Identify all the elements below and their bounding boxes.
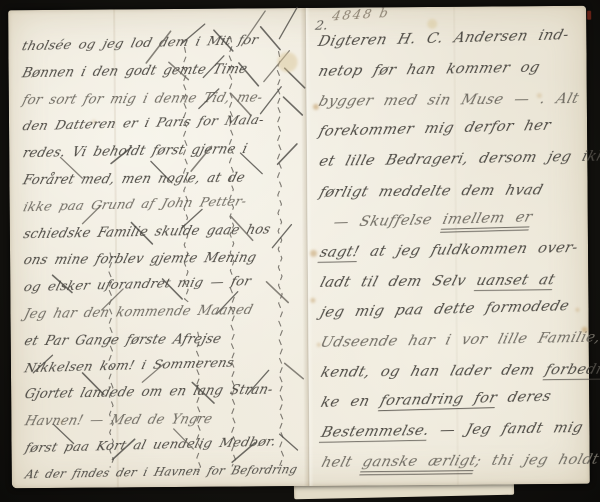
handwritten-text: forekommer mig derfor her xyxy=(317,118,553,140)
foxing-spot xyxy=(310,249,317,256)
slash-stroke xyxy=(146,31,171,63)
page-number: 2. xyxy=(314,19,329,34)
handwritten-text: ; thi jeg holdt xyxy=(474,452,600,469)
slash-stroke xyxy=(142,364,164,382)
foxing-spot xyxy=(582,327,588,333)
handwritten-line: Udseende har i vor lille Familie, xyxy=(319,330,600,350)
slash-stroke xyxy=(111,147,132,163)
slash-stroke xyxy=(83,373,104,395)
vertical-strike-line xyxy=(196,332,201,472)
handwritten-text: førligt meddelte dem hvad xyxy=(317,182,544,201)
handwritten-text: at jeg fuldkommen over- xyxy=(357,240,580,260)
handwritten-text: Udseende har i vor lille Familie, xyxy=(319,329,600,350)
handwritten-text: ke en xyxy=(319,393,382,411)
underlined-text: sagt! xyxy=(317,244,361,263)
handwritten-line: et lille Bedrageri, dersom jeg ikke xyxy=(317,150,600,170)
slash-stroke xyxy=(232,443,255,462)
archive-mark: 4848 b xyxy=(331,6,391,25)
handwritten-line: Digteren H. C. Andersen ind- xyxy=(316,28,570,49)
slash-stroke xyxy=(131,222,152,244)
slash-stroke xyxy=(53,424,73,444)
slash-stroke xyxy=(239,63,258,86)
handwritten-line: helt ganske ærligt; thi jeg holdt xyxy=(320,453,600,471)
handwritten-text: — Skuffelse xyxy=(332,211,445,230)
underlined-text: ganske ærligt xyxy=(359,453,478,475)
handwritten-text: ladt til dem Selv xyxy=(318,273,479,291)
slash-stroke xyxy=(277,144,297,164)
handwritten-line: forekommer mig derfor her xyxy=(317,119,552,140)
underlined-text: uanset at xyxy=(474,272,557,291)
slash-stroke xyxy=(214,30,233,51)
slash-stroke xyxy=(112,439,134,459)
slash-stroke xyxy=(231,93,251,115)
slash-stroke xyxy=(231,216,253,240)
slash-stroke xyxy=(181,209,202,228)
handwritten-line: sagt! at jeg fuldkommen over- xyxy=(318,241,579,260)
foxing-spot xyxy=(310,297,315,302)
slash-stroke xyxy=(163,279,183,299)
foxing-spot xyxy=(313,104,319,110)
slash-stroke xyxy=(102,289,124,310)
handwritten-text: deres xyxy=(495,389,553,406)
handwritten-line: førligt meddelte dem hvad xyxy=(318,183,545,200)
slash-stroke xyxy=(261,27,280,50)
slash-stroke xyxy=(240,153,262,174)
slash-stroke xyxy=(53,275,72,293)
vertical-strike-line xyxy=(277,51,284,466)
handwritten-text: jeg mig paa dette formodede xyxy=(318,298,571,321)
underlined-text: forandring for xyxy=(378,390,499,411)
slash-stroke xyxy=(191,146,212,171)
handwritten-text: helt xyxy=(320,455,365,472)
handwritten-line: — Skuffelse imellem er xyxy=(332,210,534,230)
foxing-spot xyxy=(317,343,321,347)
slash-stroke xyxy=(199,89,219,109)
handwritten-line: ke en forandring for deres xyxy=(319,390,552,411)
slash-stroke xyxy=(285,363,304,379)
foxing-spot xyxy=(92,120,96,124)
slash-stroke xyxy=(151,161,172,183)
foxing-spot xyxy=(575,308,579,312)
page-right: 2. 4848 b Digteren H. C. Andersen ind-ne… xyxy=(308,6,590,486)
red-edge-mark xyxy=(587,11,591,20)
vertical-strike-line xyxy=(229,37,236,467)
slash-stroke xyxy=(272,225,291,248)
slash-stroke xyxy=(279,7,297,38)
underlined-text: imellem er xyxy=(440,209,535,232)
slash-stroke xyxy=(182,24,205,43)
handwritten-text: netop før han kommer og xyxy=(317,60,542,80)
handwritten-line: Bestemmelse. — Jeg fandt mig xyxy=(320,421,585,441)
page-left: tholsée og jeg lod dem i Mit forBønnen i… xyxy=(8,8,310,488)
foxing-spot xyxy=(427,19,437,29)
handwritten-text: kendt, og han lader dem xyxy=(319,362,548,381)
underlined-text: forbedre- xyxy=(543,362,600,381)
underlined-text: Bestemmelse. xyxy=(319,423,431,443)
slash-stroke xyxy=(260,87,281,114)
handwritten-line: kendt, og han lader dem forbedre- xyxy=(319,363,600,381)
cross-out-marks xyxy=(8,8,310,488)
foxing-spot xyxy=(59,420,63,424)
slash-stroke xyxy=(283,97,302,115)
handwritten-text: et lille Bedrageri, dersom jeg ikke xyxy=(317,149,600,171)
photo-backdrop: tholsée og jeg lod dem i Mit forBønnen i… xyxy=(0,0,600,502)
vertical-strike-line xyxy=(183,47,189,302)
slash-stroke xyxy=(33,355,52,373)
slash-stroke xyxy=(82,206,101,224)
handwritten-line: netop før han kommer og xyxy=(317,61,542,80)
vertical-strike-line xyxy=(108,252,113,467)
foxing-spot xyxy=(536,93,541,98)
slash-stroke xyxy=(203,56,224,78)
letter-sheet: tholsée og jeg lod dem i Mit forBønnen i… xyxy=(8,6,590,489)
slash-stroke xyxy=(192,382,214,403)
slash-stroke xyxy=(60,157,82,178)
slash-stroke xyxy=(217,292,238,314)
handwritten-text: — Jeg fandt mig xyxy=(427,420,585,439)
slash-stroke xyxy=(266,282,288,303)
handwritten-text: Digteren H. C. Andersen ind- xyxy=(316,27,570,50)
slash-stroke xyxy=(247,370,269,394)
slash-stroke xyxy=(174,429,194,449)
foxing-spot xyxy=(277,52,297,72)
handwritten-line: jeg mig paa dette formodede xyxy=(319,299,571,320)
handwritten-line: ladt til dem Selv uanset at xyxy=(318,273,556,290)
